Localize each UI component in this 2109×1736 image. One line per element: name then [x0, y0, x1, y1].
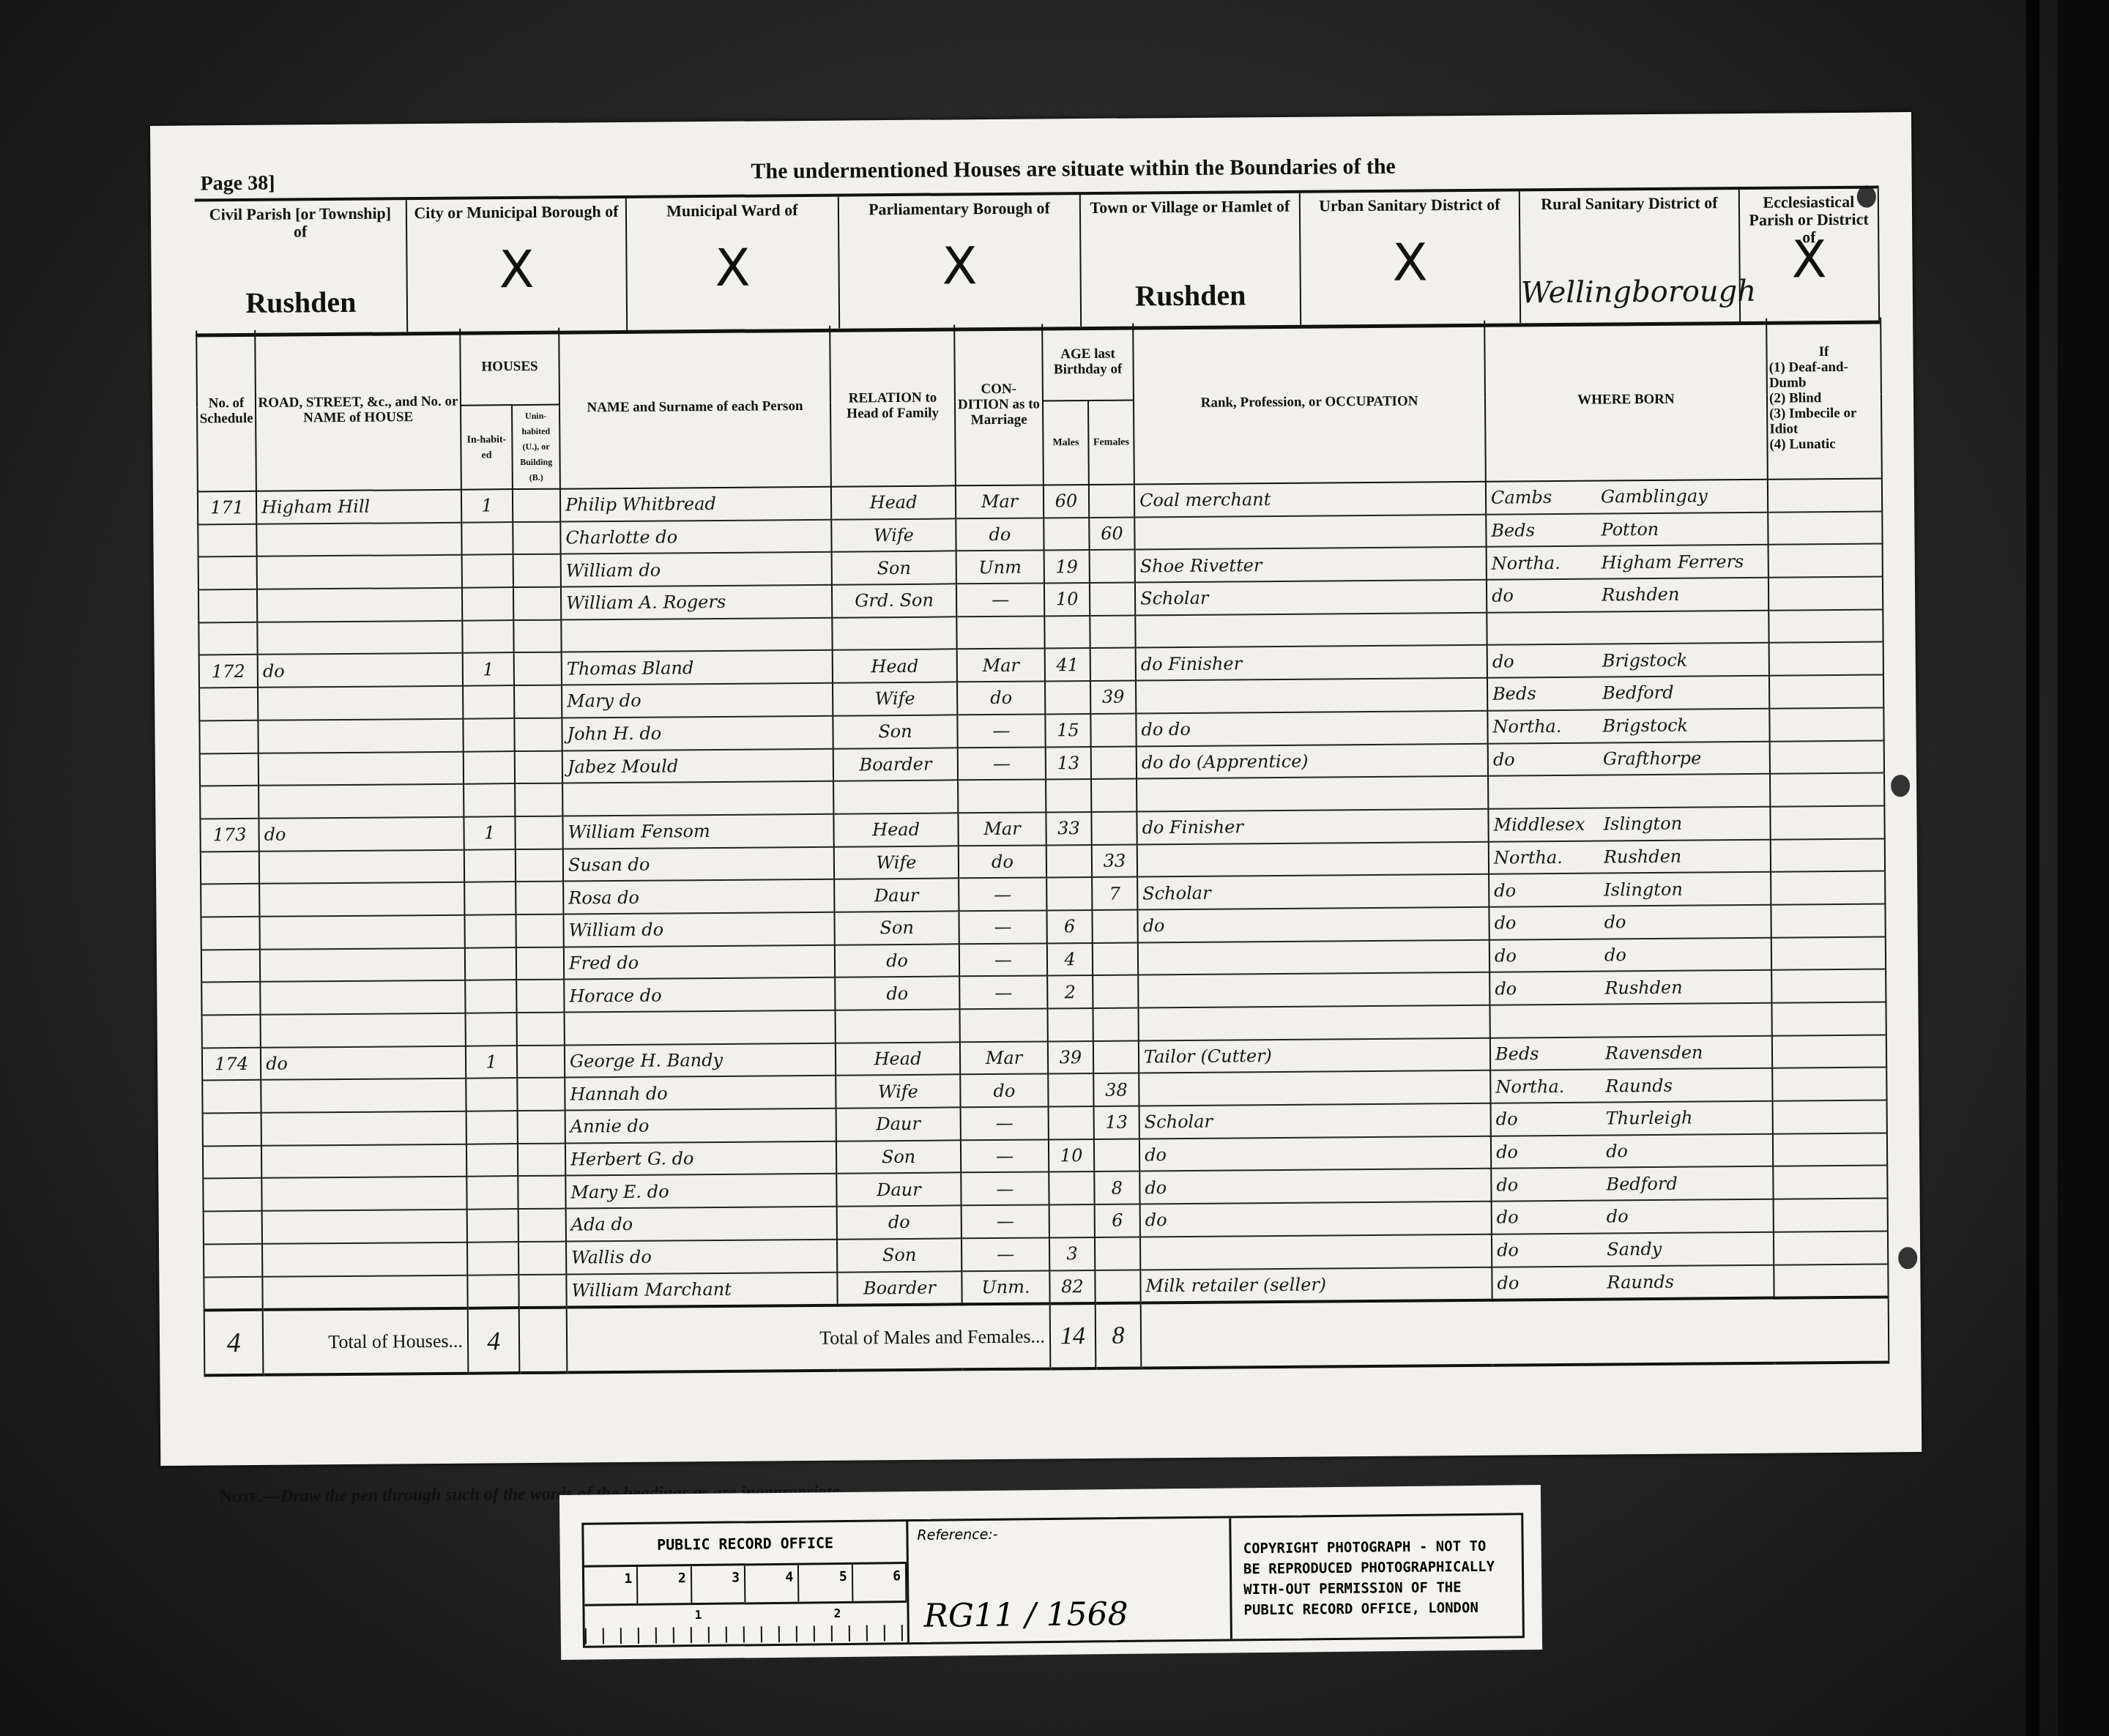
female-age	[1091, 779, 1137, 812]
record-office-scale: PUBLIC RECORD OFFICE 1 2 3 4 5 6 1 2	[584, 1521, 910, 1646]
schedule-number	[203, 1113, 261, 1146]
relation-to-head: Son	[837, 1238, 961, 1272]
boundary-cell: Municipal Ward ofX	[627, 197, 840, 330]
male-age	[1045, 681, 1090, 714]
col-uninhabited: Unin-habited (U.), or Building (B.)	[512, 405, 560, 490]
ruler-number: 2	[833, 1606, 841, 1620]
col-schedule: No. of Schedule	[196, 330, 256, 492]
boundary-cell: Ecclesiastical Parish or District ofX	[1740, 188, 1880, 321]
schedule-number	[200, 786, 258, 819]
occupation	[1139, 1005, 1490, 1040]
col-females: Females	[1088, 400, 1134, 484]
occupation: do Finisher	[1136, 645, 1487, 680]
male-age	[1046, 779, 1091, 812]
marital-condition: Unm	[956, 551, 1044, 584]
male-age: 2	[1047, 975, 1093, 1008]
person-name: Hannah do	[565, 1076, 836, 1111]
road-name	[257, 588, 462, 622]
male-age: 6	[1046, 910, 1092, 943]
where-born: dodo	[1491, 1133, 1773, 1169]
female-age: 7	[1092, 877, 1137, 910]
uninhabited-count	[518, 1209, 566, 1242]
disability-option: (2) Blind	[1769, 390, 1879, 406]
marital-condition: do	[957, 682, 1045, 715]
person-name: Rosa do	[563, 879, 834, 914]
occupation: Scholar	[1135, 580, 1487, 615]
total-schedules: 4	[204, 1310, 264, 1376]
struck-out-mark: X	[715, 238, 751, 298]
male-age: 15	[1045, 714, 1090, 747]
female-age	[1094, 1139, 1139, 1171]
col-road: ROAD, STREET, &c., and No. or NAME of HO…	[255, 329, 461, 491]
road-name	[256, 522, 461, 556]
road-name	[257, 555, 462, 589]
birth-place: Brigstock	[1602, 715, 1688, 737]
disability	[1768, 609, 1883, 643]
census-sheet: Page 38] The undermentioned Houses are s…	[150, 112, 1922, 1466]
person-name: Mary do	[562, 683, 833, 718]
schedule-number	[202, 1015, 261, 1048]
disability	[1770, 740, 1884, 774]
disability	[1774, 1264, 1888, 1298]
road-name	[258, 751, 464, 786]
female-age	[1093, 1040, 1139, 1073]
person-name: Fred do	[564, 945, 835, 980]
person-name	[565, 1010, 836, 1046]
marital-condition: —	[959, 976, 1047, 1010]
road-name	[257, 620, 462, 655]
footnote-lead: Note.	[220, 1487, 263, 1506]
schedule-number	[204, 1211, 262, 1244]
road-name	[261, 1177, 466, 1211]
road-name: do	[258, 653, 463, 688]
occupation	[1139, 1070, 1490, 1106]
birth-county: do	[1492, 585, 1602, 606]
road-name	[259, 882, 464, 917]
male-age: 82	[1049, 1270, 1095, 1303]
boundary-cell: Urban Sanitary District ofX	[1301, 191, 1521, 324]
inhabited-count	[463, 685, 514, 718]
relation-to-head: Head	[833, 649, 957, 683]
uninhabited-count	[513, 619, 561, 652]
female-age: 39	[1090, 681, 1136, 714]
inhabited-count	[464, 751, 515, 784]
person-name: Ada do	[566, 1207, 837, 1242]
schedule-number	[201, 917, 259, 950]
where-born: doRushden	[1489, 970, 1771, 1005]
boundary-label: Rural Sanitary District of	[1526, 194, 1733, 213]
schedule-number	[201, 884, 259, 917]
birth-county: do	[1495, 912, 1604, 934]
female-age	[1089, 484, 1134, 517]
road-name: Higham Hill	[256, 490, 461, 524]
female-age	[1090, 550, 1135, 583]
relation-to-head: Daur	[836, 1173, 961, 1207]
relation-to-head: Boarder	[837, 1271, 961, 1305]
relation-to-head: Head	[836, 1042, 960, 1076]
relation-to-head	[832, 616, 956, 650]
where-born: dodo	[1492, 1199, 1774, 1234]
boundary-value: Wellingborough	[1521, 275, 1739, 310]
disability	[1773, 1166, 1887, 1199]
male-age: 3	[1049, 1237, 1095, 1270]
birth-county: do	[1496, 1109, 1606, 1130]
birth-county: Northa.	[1494, 846, 1604, 868]
birth-place: do	[1604, 945, 1626, 965]
where-born: dodo	[1489, 937, 1771, 972]
document-title: The undermentioned Houses are situate wi…	[751, 154, 1396, 185]
schedule-number	[202, 1080, 261, 1113]
where-born: MiddlesexIslington	[1488, 807, 1770, 842]
uninhabited-count	[516, 980, 564, 1013]
where-born: Northa.Raunds	[1490, 1068, 1772, 1103]
road-name	[260, 980, 465, 1015]
female-age	[1090, 583, 1135, 616]
occupation: Scholar	[1137, 874, 1489, 909]
inhabited-count	[466, 1111, 518, 1144]
birth-place: do	[1606, 1141, 1628, 1161]
person-name: William do	[561, 552, 832, 587]
birth-county: Cambs	[1491, 487, 1601, 508]
male-age: 10	[1044, 583, 1090, 616]
occupation: do Finisher	[1137, 809, 1488, 844]
occupation: do	[1137, 907, 1489, 942]
female-age	[1092, 909, 1137, 942]
uninhabited-count	[514, 685, 562, 718]
disability	[1768, 511, 1882, 545]
male-age	[1044, 518, 1089, 551]
schedule-number	[198, 524, 256, 557]
occupation: Tailor (Cutter)	[1139, 1037, 1490, 1073]
inhabited-count	[467, 1209, 518, 1242]
person-name: William A. Rogers	[561, 585, 832, 620]
birth-place: do	[1604, 912, 1626, 932]
schedule-number	[198, 622, 257, 655]
census-form: Page 38] The undermentioned Houses are s…	[194, 149, 1878, 162]
road-name	[261, 1079, 466, 1113]
male-age	[1049, 1204, 1095, 1237]
inhabited-count	[464, 783, 515, 816]
male-age: 60	[1044, 485, 1089, 518]
scale-numbers: 1 2 3 4 5 6	[584, 1564, 907, 1606]
uninhabited-count	[517, 1078, 565, 1111]
scale-number: 5	[799, 1565, 853, 1602]
reference-label: Reference:-	[917, 1527, 997, 1543]
female-age	[1091, 746, 1137, 779]
disability	[1772, 1068, 1886, 1101]
disability	[1768, 544, 1883, 578]
person-name: John H. do	[562, 716, 833, 751]
marital-condition: —	[961, 1237, 1049, 1271]
inhabited-count: 1	[466, 1046, 517, 1079]
schedule-number: 172	[199, 655, 258, 688]
marital-condition: —	[957, 714, 1045, 748]
birth-place: Rushden	[1602, 584, 1680, 606]
struck-out-mark: X	[1392, 232, 1428, 292]
relation-to-head: Son	[832, 551, 956, 585]
female-age	[1095, 1270, 1140, 1303]
uninhabited-count	[517, 1013, 565, 1046]
road-name	[262, 1275, 467, 1310]
birth-place: Potton	[1601, 519, 1659, 540]
inhabited-count	[467, 1275, 518, 1308]
male-age: 10	[1049, 1139, 1094, 1172]
inhabited-count	[465, 980, 516, 1013]
birth-county: do	[1497, 1207, 1607, 1228]
person-name: Charlotte do	[560, 519, 831, 554]
where-born	[1487, 610, 1768, 645]
where-born	[1490, 1003, 1772, 1038]
occupation: Coal merchant	[1134, 482, 1486, 517]
where-born: BedsPotton	[1486, 512, 1768, 547]
schedule-number	[198, 556, 257, 589]
female-age: 8	[1094, 1171, 1139, 1204]
disability	[1771, 936, 1886, 970]
male-age: 19	[1044, 550, 1090, 583]
person-name: Horace do	[564, 977, 835, 1013]
relation-to-head: Grd. Son	[832, 584, 956, 617]
where-born: Northa.Brigstock	[1487, 708, 1769, 743]
disability	[1771, 969, 1886, 1003]
birth-place: Islington	[1604, 879, 1683, 900]
birth-place: do	[1607, 1207, 1629, 1227]
female-age: 60	[1089, 517, 1134, 550]
col-relation: RELATION to Head of Family	[830, 324, 956, 486]
birth-county: do	[1496, 1174, 1606, 1195]
relation-to-head	[836, 1009, 960, 1043]
person-name: Mary E. do	[565, 1174, 836, 1209]
occupation: do	[1139, 1136, 1491, 1171]
birth-county: do	[1493, 748, 1603, 770]
marital-condition: Mar	[956, 485, 1044, 518]
disability	[1773, 1100, 1887, 1133]
occupation: Milk retailer (seller)	[1140, 1267, 1492, 1303]
schedule-number: 171	[198, 491, 256, 524]
birth-county: do	[1495, 945, 1604, 966]
marital-condition: Mar	[958, 812, 1046, 846]
total-females: 8	[1096, 1303, 1142, 1368]
birth-county: do	[1492, 650, 1602, 671]
birth-county: Northa.	[1495, 1076, 1605, 1097]
occupation	[1140, 1234, 1492, 1269]
marital-condition: —	[961, 1205, 1049, 1239]
relation-to-head: Wife	[833, 682, 957, 715]
inhabited-count	[466, 1078, 517, 1111]
female-age	[1090, 648, 1136, 681]
disability	[1770, 805, 1884, 839]
female-age	[1090, 615, 1135, 648]
female-age	[1093, 1007, 1139, 1040]
occupation	[1137, 776, 1488, 811]
inhabited-count	[467, 1242, 518, 1275]
birth-county: Northa.	[1492, 716, 1602, 737]
total-persons-label: Total of Males and Females...	[567, 1304, 1051, 1373]
scale-number: 4	[745, 1565, 800, 1603]
occupation: Shoe Rivetter	[1135, 547, 1487, 582]
scale-number: 3	[692, 1565, 746, 1603]
struck-out-mark: X	[1791, 229, 1827, 289]
inhabited-count	[462, 620, 513, 653]
struck-out-mark: X	[942, 236, 978, 296]
marital-condition	[960, 1008, 1048, 1042]
inhabited-count	[465, 947, 516, 980]
inhabited-count: 1	[464, 816, 515, 849]
marital-condition: —	[959, 910, 1046, 944]
occupation	[1137, 841, 1489, 876]
disability-option: (3) Imbecile or Idiot	[1769, 405, 1879, 436]
male-age	[1048, 1073, 1093, 1106]
boundary-value: Rushden	[1082, 277, 1300, 313]
female-age: 6	[1095, 1204, 1140, 1237]
schedule-number	[204, 1244, 262, 1277]
schedule-number	[201, 982, 260, 1015]
birth-county: Beds	[1492, 683, 1602, 704]
marital-condition: —	[961, 1139, 1049, 1173]
male-age: 41	[1045, 648, 1090, 681]
person-name: George H. Bandy	[565, 1043, 836, 1078]
schedule-number	[203, 1146, 261, 1179]
col-name: NAME and Surname of each Person	[559, 326, 831, 489]
birth-place: Brigstock	[1602, 649, 1688, 671]
marital-condition	[956, 616, 1044, 649]
male-age: 4	[1047, 943, 1093, 976]
birth-place: Grafthorpe	[1603, 748, 1702, 769]
struck-out-mark: X	[499, 239, 535, 299]
birth-county: do	[1495, 977, 1604, 999]
marital-condition: —	[961, 1172, 1049, 1206]
schedule-number	[200, 753, 258, 786]
relation-to-head: Daur	[834, 879, 959, 912]
where-born: doGrafthorpe	[1488, 741, 1770, 776]
birth-county	[1493, 797, 1603, 798]
person-name: Wallis do	[566, 1239, 837, 1274]
uninhabited-count	[513, 587, 561, 620]
person-name: Thomas Bland	[562, 650, 833, 685]
schedule-number	[201, 949, 260, 982]
schedule-number: 174	[202, 1048, 261, 1081]
birth-place: Raunds	[1607, 1272, 1674, 1293]
uninhabited-count	[517, 1045, 565, 1078]
person-name: William Fensom	[562, 814, 833, 849]
header-row: No. of Schedule ROAD, STREET, &c., and N…	[196, 317, 1881, 407]
disability	[1768, 478, 1882, 512]
relation-to-head	[833, 781, 958, 814]
male-age: 13	[1046, 746, 1091, 779]
person-name: William do	[563, 912, 834, 947]
scale-number: 2	[638, 1566, 692, 1603]
uninhabited-count	[516, 914, 563, 947]
occupation: do	[1140, 1202, 1492, 1237]
film-edge-outer	[2058, 0, 2109, 1736]
birth-place: Gamblingay	[1601, 486, 1708, 507]
where-born: doIslington	[1489, 872, 1771, 907]
scale-number: 1	[584, 1567, 639, 1604]
disability	[1769, 675, 1883, 709]
road-name	[261, 1013, 466, 1048]
birth-county: Beds	[1495, 1043, 1605, 1064]
person-name: Philip Whitbread	[560, 487, 831, 522]
disability-option: (4) Lunatic	[1769, 436, 1879, 452]
inhabited-count	[464, 914, 516, 947]
inhabited-count: 1	[463, 653, 514, 686]
inhabited-count	[463, 718, 514, 751]
road-name	[262, 1242, 467, 1276]
occupation	[1138, 972, 1489, 1007]
uninhabited-count	[515, 783, 562, 816]
col-where-born: WHERE BORN	[1484, 318, 1768, 482]
boundary-cell: City or Municipal Borough ofX	[407, 198, 628, 332]
birth-place: Ravensden	[1605, 1042, 1703, 1063]
birth-place: Rushden	[1604, 846, 1682, 868]
inhabited-count	[466, 1144, 518, 1177]
census-table: No. of Schedule ROAD, STREET, &c., and N…	[196, 317, 1889, 1376]
boundary-cell: Civil Parish [or Township] ofRushden	[195, 200, 408, 333]
road-name	[258, 784, 464, 819]
relation-to-head: Son	[834, 911, 959, 945]
total-blank	[1141, 1297, 1889, 1368]
where-born: doBrigstock	[1487, 643, 1769, 678]
male-age	[1044, 616, 1090, 649]
uninhabited-count	[518, 1143, 565, 1176]
disability	[1771, 838, 1885, 872]
inhabited-count	[462, 587, 513, 620]
person-name: Annie do	[565, 1109, 836, 1144]
uninhabited-count	[518, 1241, 566, 1274]
total-houses-label: Total of Houses...	[263, 1308, 469, 1375]
road-name	[260, 947, 465, 982]
female-age: 38	[1093, 1073, 1139, 1106]
uninhabited-count	[514, 652, 562, 685]
record-office-name: PUBLIC RECORD OFFICE	[584, 1521, 907, 1568]
uninhabited-count	[513, 521, 560, 554]
where-born: doSandy	[1492, 1232, 1774, 1267]
occupation: do	[1139, 1169, 1491, 1204]
where-born: CambsGamblingay	[1486, 480, 1768, 515]
birth-county: Northa.	[1492, 552, 1602, 573]
reference-value: RG11 / 1568	[923, 1595, 1128, 1635]
schedule-number	[203, 1178, 261, 1211]
person-name: Herbert G. do	[565, 1141, 836, 1176]
marital-condition: —	[956, 583, 1044, 616]
marital-condition	[958, 780, 1046, 813]
birth-county: Beds	[1491, 519, 1601, 540]
birth-place: Islington	[1603, 813, 1682, 835]
inhabited-count	[464, 849, 516, 882]
inhabited-count	[466, 1177, 518, 1210]
boundary-label: Parliamentary Borough of	[845, 199, 1074, 218]
male-age: 33	[1046, 812, 1091, 845]
boundary-cell: Rural Sanitary District ofWellingborough	[1520, 190, 1741, 323]
schedule-number	[199, 720, 258, 753]
schedule-number	[201, 851, 259, 884]
inhabited-count	[464, 882, 516, 914]
schedule-number: 173	[200, 819, 258, 852]
relation-to-head: Wife	[836, 1075, 960, 1109]
boundary-cell: Parliamentary Borough ofX	[839, 195, 1082, 329]
boundary-label: Town or Village or Hamlet of	[1087, 198, 1293, 217]
birth-county: Middlesex	[1493, 814, 1603, 835]
occupation	[1136, 678, 1487, 713]
boundary-label: Civil Parish [or Township] of	[201, 204, 400, 241]
female-age	[1091, 811, 1137, 844]
disability-if: If	[1768, 343, 1878, 360]
where-born: BedsRavensden	[1490, 1035, 1772, 1070]
birth-county: do	[1494, 879, 1604, 901]
where-born: dodo	[1489, 905, 1771, 940]
road-name	[259, 915, 464, 950]
inhabited-count	[461, 522, 513, 555]
page-number: Page 38]	[201, 172, 275, 196]
